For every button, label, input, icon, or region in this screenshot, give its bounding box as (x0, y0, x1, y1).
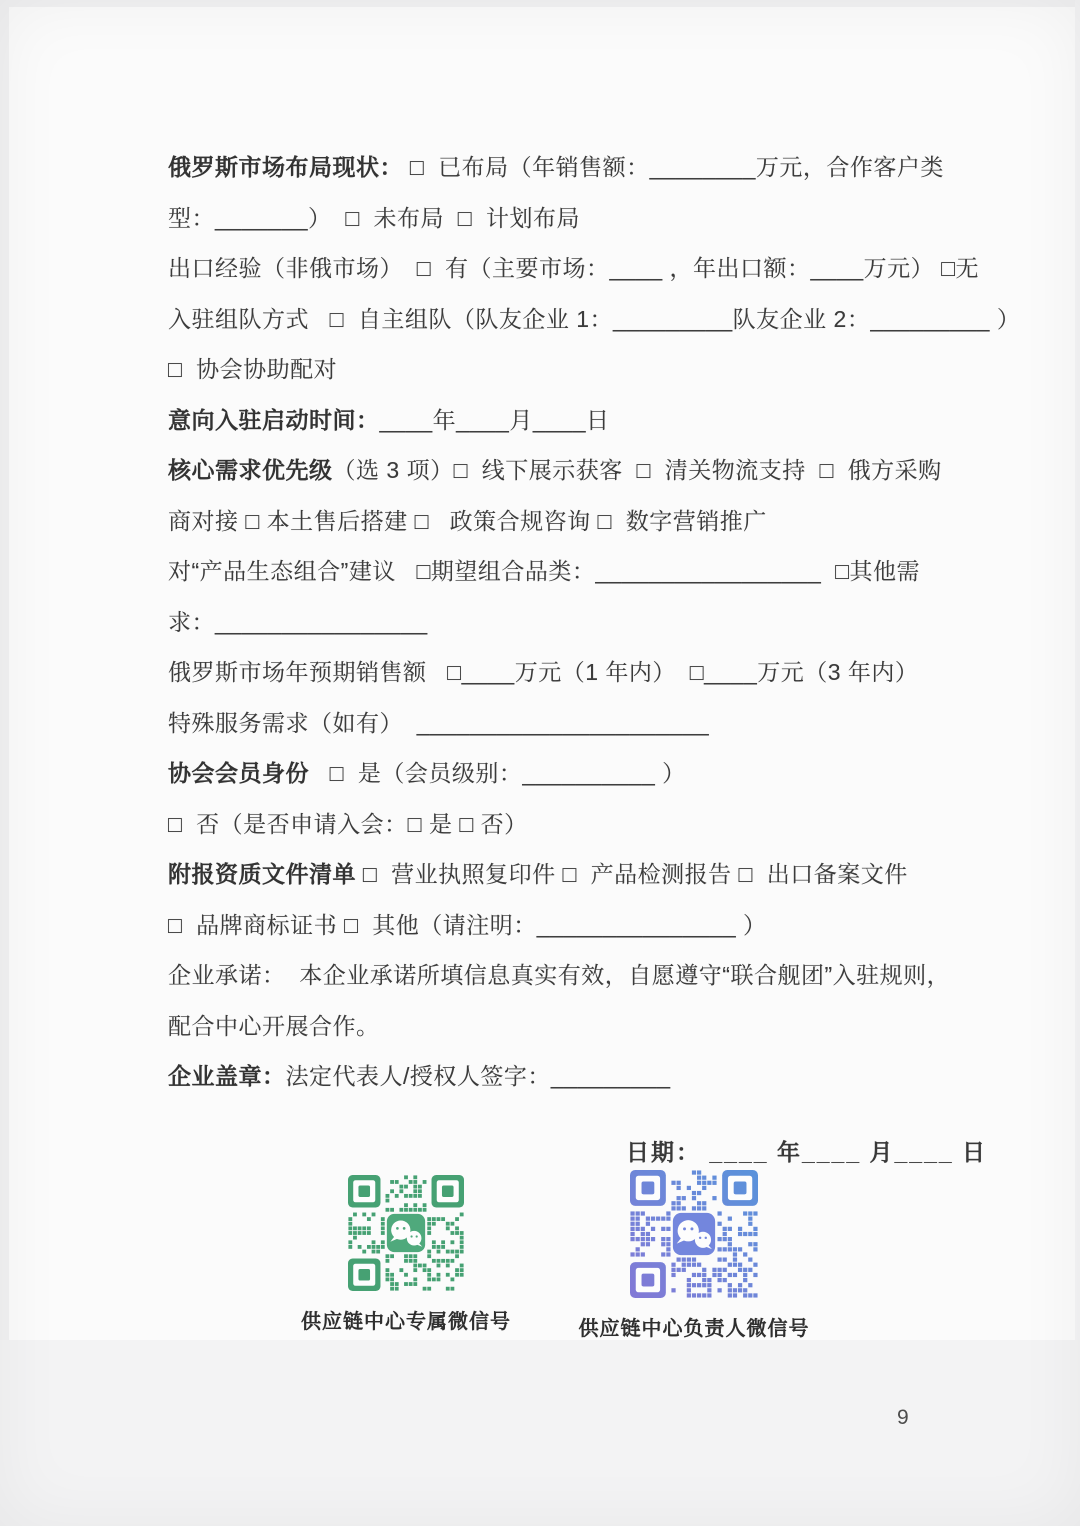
qr-block-center-manager: 供应链中心负责人微信号 (574, 1170, 814, 1341)
form-line: 求：________________ (168, 597, 958, 648)
form-line-text: 特殊服务需求（如有） ______________________ (168, 710, 709, 736)
page-number: 9 (897, 1406, 909, 1430)
form-line-text: □ 已布局（年销售额：________万元，合作客户类 (403, 154, 944, 180)
form-line: 入驻组队方式 □ 自主组队（队友企业 1：_________队友企业 2：___… (168, 294, 958, 345)
form-line-text: 商对接 □ 本土售后搭建 □ 政策合规咨询 □ 数字营销推广 (168, 508, 767, 534)
qr-code-icon (630, 1170, 758, 1298)
qr-block-supply-chain-center: 供应链中心专属微信号 (286, 1175, 526, 1334)
form-line: 企业承诺： 本企业承诺所填信息真实有效，自愿遵守“联合舰团”入驻规则， (168, 950, 958, 1001)
form-line: 意向入驻启动时间：____年____月____日 (168, 395, 958, 446)
page-margin (0, 0, 1080, 7)
form-line: □ 品牌商标证书 □ 其他（请注明：_______________ ） (168, 900, 958, 951)
form-line-text: （选 3 项）□ 线下展示获客 □ 清关物流支持 □ 俄方采购 (333, 457, 942, 483)
form-line: 配合中心开展合作。 (168, 1001, 958, 1052)
qr-caption: 供应链中心负责人微信号 (574, 1312, 814, 1341)
form-line-label: 核心需求优先级 (168, 457, 333, 483)
form-line: 出口经验（非俄市场） □ 有（主要市场：____ ，年出口额：____万元） □… (168, 243, 958, 294)
form-line-text: 俄罗斯市场年预期销售额 □____万元（1 年内） □____万元（3 年内） (168, 659, 918, 685)
form-line: 商对接 □ 本土售后搭建 □ 政策合规咨询 □ 数字营销推广 (168, 496, 958, 547)
form-line: 俄罗斯市场布局现状： □ 已布局（年销售额：________万元，合作客户类 (168, 142, 958, 193)
qr-code-icon (348, 1175, 464, 1291)
form-line: 协会会员身份 □ 是（会员级别：__________ ） (168, 748, 958, 799)
form-line: 核心需求优先级（选 3 项）□ 线下展示获客 □ 清关物流支持 □ 俄方采购 (168, 445, 958, 496)
page-margin (0, 1340, 1080, 1526)
form-line-text: 对“产品生态组合”建议 □期望组合品类：_________________ □其… (168, 558, 920, 584)
page-margin (1075, 0, 1080, 1526)
form-line: 特殊服务需求（如有） ______________________ (168, 698, 958, 749)
form-line-text: □ 否（是否申请入会：□ 是 □ 否） (168, 811, 528, 837)
form-line-text: 型：_______） □ 未布局 □ 计划布局 (168, 205, 580, 231)
form-line-text: 法定代表人/授权人签字：_________ (286, 1063, 671, 1089)
form-line: 对“产品生态组合”建议 □期望组合品类：_________________ □其… (168, 546, 958, 597)
form-line-text: □ 是（会员级别：__________ ） (309, 760, 686, 786)
form-line-label: 俄罗斯市场布局现状： (168, 154, 403, 180)
form-line-label: 协会会员身份 (168, 760, 309, 786)
wechat-icon (387, 1214, 425, 1252)
form-line-text: 企业承诺： 本企业承诺所填信息真实有效，自愿遵守“联合舰团”入驻规则， (168, 962, 950, 988)
form-line-label: 意向入驻启动时间： (168, 407, 380, 433)
form-line-label: 企业盖章： (168, 1063, 286, 1089)
scanned-form-page: 俄罗斯市场布局现状： □ 已布局（年销售额：________万元，合作客户类 型… (0, 0, 1080, 1526)
wechat-icon (673, 1213, 715, 1255)
qr-caption: 供应链中心专属微信号 (286, 1305, 526, 1334)
form-line-text: ____年____月____日 (380, 407, 610, 433)
date-line: 日期： ____ 年____ 月____ 日 (626, 1134, 987, 1167)
form-line: 企业盖章：法定代表人/授权人签字：_________ (168, 1051, 958, 1102)
form-text: 俄罗斯市场布局现状： □ 已布局（年销售额：________万元，合作客户类 型… (168, 142, 958, 1102)
form-line-text: □ 营业执照复印件 □ 产品检测报告 □ 出口备案文件 (356, 861, 908, 887)
form-line-label: 附报资质文件清单 (168, 861, 356, 887)
form-line-text: 入驻组队方式 □ 自主组队（队友企业 1：_________队友企业 2：___… (168, 306, 1020, 332)
form-line-text: □ 品牌商标证书 □ 其他（请注明：_______________ ） (168, 912, 767, 938)
form-line: □ 协会协助配对 (168, 344, 958, 395)
form-line: 俄罗斯市场年预期销售额 □____万元（1 年内） □____万元（3 年内） (168, 647, 958, 698)
form-line-text: □ 协会协助配对 (168, 356, 337, 382)
form-line-text: 出口经验（非俄市场） □ 有（主要市场：____ ，年出口额：____万元） □… (168, 255, 979, 281)
form-line: □ 否（是否申请入会：□ 是 □ 否） (168, 799, 958, 850)
form-line-text: 求：________________ (168, 609, 428, 635)
form-line: 附报资质文件清单 □ 营业执照复印件 □ 产品检测报告 □ 出口备案文件 (168, 849, 958, 900)
page-margin (0, 0, 9, 1526)
form-line-text: 配合中心开展合作。 (168, 1013, 380, 1039)
form-line: 型：_______） □ 未布局 □ 计划布局 (168, 193, 958, 244)
